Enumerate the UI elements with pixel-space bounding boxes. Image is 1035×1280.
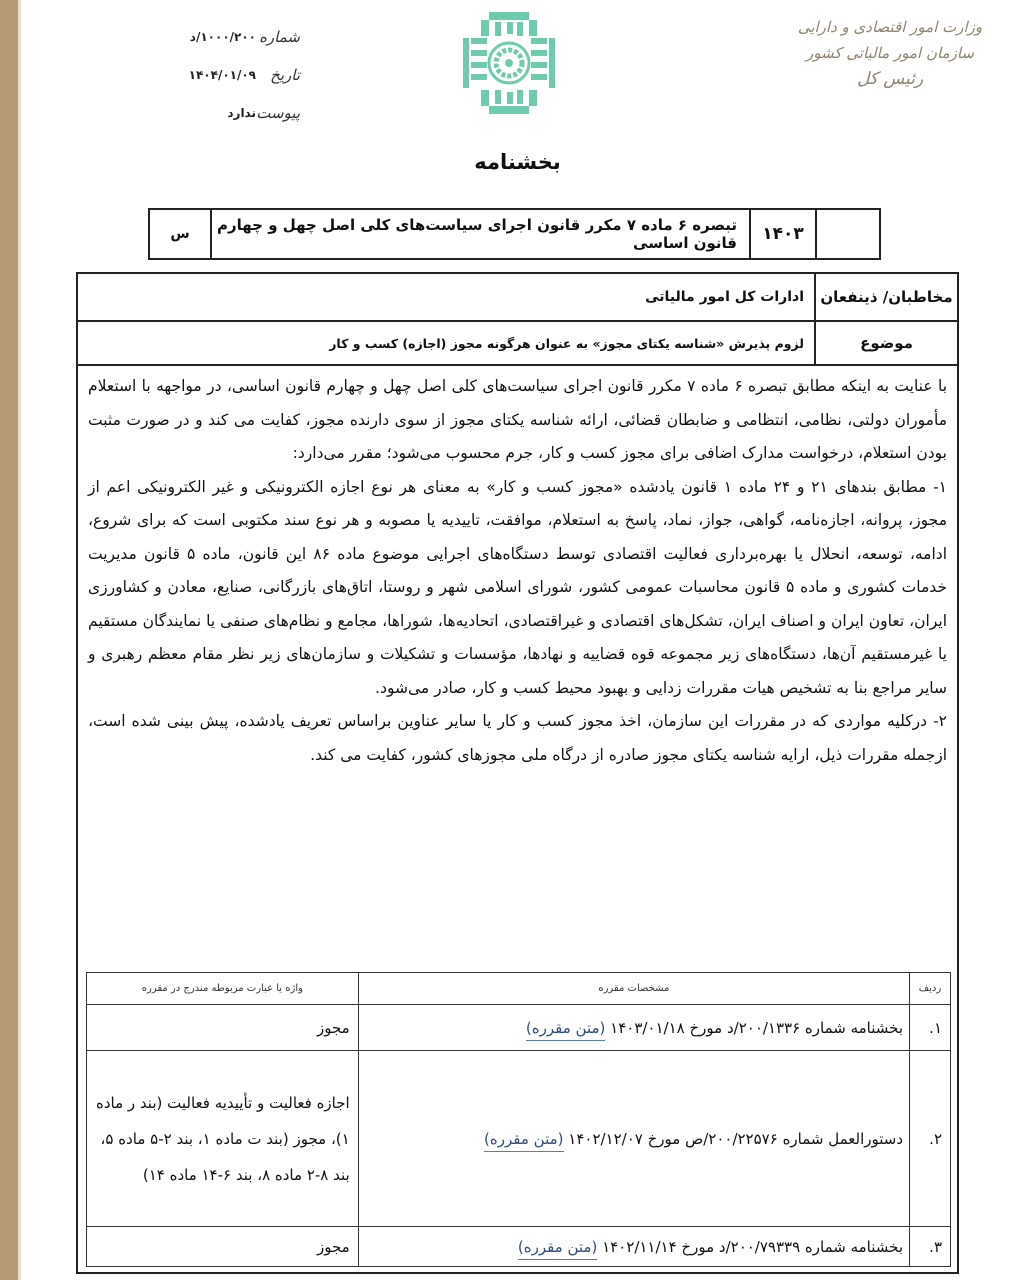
clause-1-paragraph: ۱- مطابق بندهای ۲۱ و ۲۴ ماده ۱ قانون یاد… [88,471,947,706]
row-word: مجوز [87,1005,359,1051]
header-spec: مشخصات مقرره [358,973,909,1005]
attachment-value: ندارد [227,106,264,120]
document-title: بخشنامه [0,150,1035,174]
table-row: ۳. بخشنامه شماره ۲۰۰/۷۹۳۳۹/د مورخ ۱۴۰۲/۱… [87,1227,951,1267]
regulation-spec-text: بخشنامه شماره ۲۰۰/۱۳۳۶/د مورخ ۱۴۰۳/۰۱/۱۸ [610,1019,903,1037]
subject-value: لزوم پذیرش «شناسه یکتای مجوز» به عنوان ه… [78,322,814,364]
date-label: تاریخ [264,66,300,84]
regulation-spec-text: دستورالعمل شماره ۲۰۰/۲۲۵۷۶/ص مورخ ۱۴۰۲/۱… [568,1130,903,1148]
regulation-text-link[interactable]: (متن مقرره) [526,1019,605,1041]
reference-box: ۱۴۰۳ تبصره ۶ ماده ۷ مکرر قانون اجرای سیا… [148,208,881,260]
audience-row: مخاطبان/ ذینفعان ادارات کل امور مالیاتی [78,274,957,322]
header-word: واژه یا عبارت مربوطه مندرج در مقرره [87,973,359,1005]
regulation-text-link[interactable]: (متن مقرره) [518,1238,597,1260]
body-text: با عنایت به اینکه مطابق تبصره ۶ ماده ۷ م… [78,366,957,772]
attachment-row: پیوست ندارد [160,94,300,132]
regulations-table: ردیف مشخصات مقرره واژه یا عبارت مربوطه م… [86,972,951,1267]
table-row: ۱. بخشنامه شماره ۲۰۰/۱۳۳۶/د مورخ ۱۴۰۳/۰۱… [87,1005,951,1051]
subject-label: موضوع [814,322,957,364]
table-header-row: ردیف مشخصات مقرره واژه یا عبارت مربوطه م… [87,973,951,1005]
reference-empty-cell [815,210,879,258]
row-spec: بخشنامه شماره ۲۰۰/۱۳۳۶/د مورخ ۱۴۰۳/۰۱/۱۸… [358,1005,909,1051]
number-row: شماره ۱۰۰۰/۲۰۰/د [160,18,300,56]
row-word: مجوز [87,1227,359,1267]
reference-law: تبصره ۶ ماده ۷ مکرر قانون اجرای سیاست‌ها… [210,210,749,258]
audience-value: ادارات کل امور مالیاتی [78,274,814,320]
regulation-text-link[interactable]: (متن مقرره) [484,1130,563,1152]
paper-edge-background [0,0,18,1280]
row-spec: بخشنامه شماره ۲۰۰/۷۹۳۳۹/د مورخ ۱۴۰۲/۱۱/۱… [358,1227,909,1267]
organization-name: سازمان امور مالیاتی کشور [785,40,995,66]
clause-2-paragraph: ۲- درکلیه مواردی که در مقررات این سازمان… [88,705,947,772]
date-value: ۱۴۰۴/۰۱/۰۹ [189,68,264,82]
number-value: ۱۰۰۰/۲۰۰/د [190,30,264,44]
attachment-label: پیوست [264,104,300,122]
audience-label: مخاطبان/ ذینفعان [814,274,957,320]
row-index: ۲. [910,1051,951,1227]
date-row: تاریخ ۱۴۰۴/۰۱/۰۹ [160,56,300,94]
signatory-title: رئیس کل [785,66,995,92]
reference-code: س [150,210,210,258]
header-index: ردیف [910,973,951,1005]
subject-row: موضوع لزوم پذیرش «شناسه یکتای مجوز» به ع… [78,322,957,366]
intro-paragraph: با عنایت به اینکه مطابق تبصره ۶ ماده ۷ م… [88,370,947,471]
row-index: ۳. [910,1227,951,1267]
ministry-name: وزارت امور اقتصادی و دارایی [785,14,995,40]
paper-edge-shadow [18,0,21,1280]
circular-body-frame: مخاطبان/ ذینفعان ادارات کل امور مالیاتی … [76,272,959,1274]
row-word: اجازه فعالیت و تأییدیه فعالیت (بند ر ماد… [87,1051,359,1227]
letter-meta: شماره ۱۰۰۰/۲۰۰/د تاریخ ۱۴۰۴/۰۱/۰۹ پیوست … [160,18,300,132]
row-spec: دستورالعمل شماره ۲۰۰/۲۲۵۷۶/ص مورخ ۱۴۰۲/۱… [358,1051,909,1227]
row-index: ۱. [910,1005,951,1051]
table-row: ۲. دستورالعمل شماره ۲۰۰/۲۲۵۷۶/ص مورخ ۱۴۰… [87,1051,951,1227]
ministry-heading: وزارت امور اقتصادی و دارایی سازمان امور … [785,14,995,92]
reference-year: ۱۴۰۳ [749,210,815,258]
regulation-spec-text: بخشنامه شماره ۲۰۰/۷۹۳۳۹/د مورخ ۱۴۰۲/۱۱/۱… [602,1238,903,1256]
tax-organization-logo-icon [459,8,559,118]
number-label: شماره [264,28,300,46]
